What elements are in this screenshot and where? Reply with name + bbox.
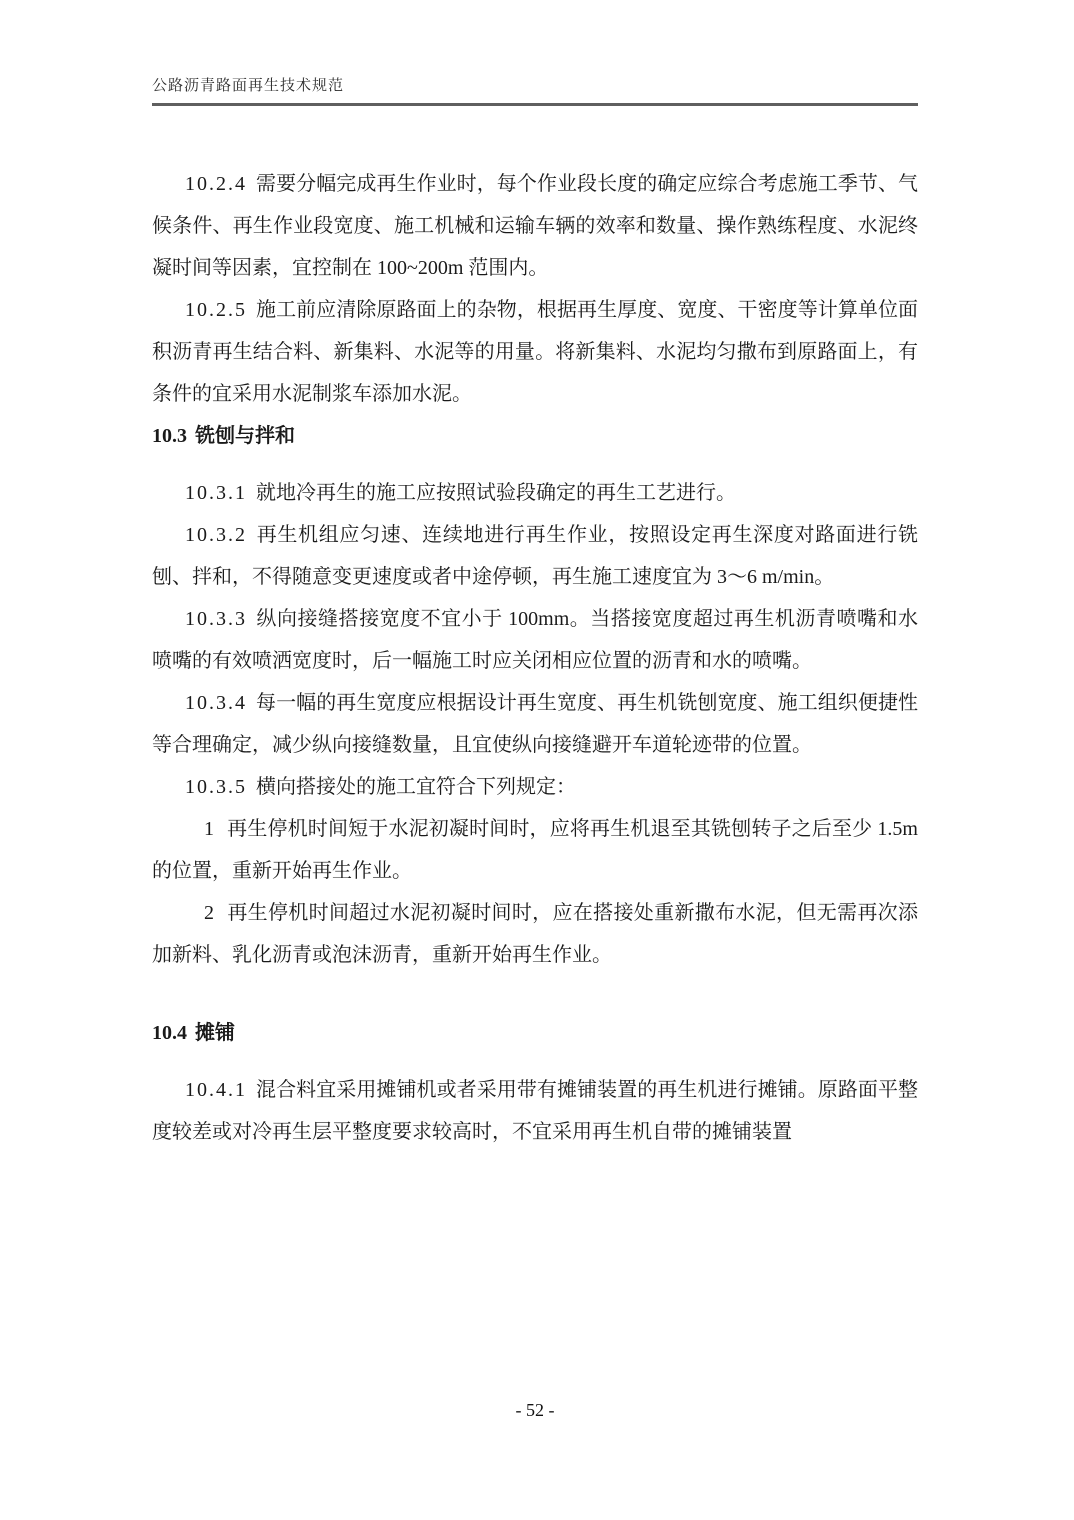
clause-number: 10.3.2	[185, 524, 247, 546]
running-head-title: 公路沥青路面再生技术规范	[152, 76, 918, 96]
clause-number: 10.3.3	[185, 608, 247, 630]
item-text: 再生停机时间短于水泥初凝时间时，应将再生机退至其铣刨转子之后至少 1.5m 的位…	[152, 818, 918, 882]
clause-10-3-1: 10.3.1就地冷再生的施工应按照试验段确定的再生工艺进行。	[152, 472, 918, 514]
clause-text: 纵向接缝搭接宽度不宜小于 100mm。当搭接宽度超过再生机沥青喷嘴和水喷嘴的有效…	[152, 608, 918, 672]
clause-10-2-5: 10.2.5施工前应清除原路面上的杂物，根据再生厚度、宽度、干密度等计算单位面积…	[152, 289, 918, 415]
clause-10-3-2: 10.3.2再生机组应匀速、连续地进行再生作业，按照设定再生深度对路面进行铣刨、…	[152, 514, 918, 598]
item-text: 再生停机时间超过水泥初凝时间时，应在搭接处重新撒布水泥，但无需再次添加新料、乳化…	[152, 902, 918, 966]
item-number: 2	[204, 902, 214, 924]
list-item-2: 2再生停机时间超过水泥初凝时间时，应在搭接处重新撒布水泥，但无需再次添加新料、乳…	[152, 892, 918, 976]
clause-10-3-4: 10.3.4每一幅的再生宽度应根据设计再生宽度、再生机铣刨宽度、施工组织便捷性等…	[152, 682, 918, 766]
section-title: 摊铺	[195, 1022, 235, 1044]
section-number: 10.4	[152, 1022, 187, 1044]
section-title: 铣刨与拌和	[195, 425, 295, 447]
clause-10-2-4: 10.2.4需要分幅完成再生作业时，每个作业段长度的确定应综合考虑施工季节、气候…	[152, 163, 918, 289]
clause-text: 再生机组应匀速、连续地进行再生作业，按照设定再生深度对路面进行铣刨、拌和，不得随…	[152, 524, 918, 588]
clause-number: 10.3.4	[185, 692, 247, 714]
list-item-1: 1再生停机时间短于水泥初凝时间时，应将再生机退至其铣刨转子之后至少 1.5m 的…	[152, 808, 918, 892]
clause-text: 就地冷再生的施工应按照试验段确定的再生工艺进行。	[256, 482, 736, 504]
clause-number: 10.2.4	[185, 173, 247, 195]
clause-text: 需要分幅完成再生作业时，每个作业段长度的确定应综合考虑施工季节、气候条件、再生作…	[152, 173, 918, 279]
page-number: - 52 -	[516, 1400, 555, 1420]
clause-text: 横向搭接处的施工宜符合下列规定：	[256, 776, 576, 798]
document-page: 公路沥青路面再生技术规范 10.2.4需要分幅完成再生作业时，每个作业段长度的确…	[0, 0, 1074, 1520]
clause-number: 10.3.5	[185, 776, 247, 798]
clause-text: 每一幅的再生宽度应根据设计再生宽度、再生机铣刨宽度、施工组织便捷性等合理确定，减…	[152, 692, 918, 756]
clause-text: 混合料宜采用摊铺机或者采用带有摊铺装置的再生机进行摊铺。原路面平整度较差或对冷再…	[152, 1079, 918, 1143]
page-footer: - 52 -	[152, 1398, 918, 1422]
item-number: 1	[204, 818, 214, 840]
clause-10-3-3: 10.3.3纵向接缝搭接宽度不宜小于 100mm。当搭接宽度超过再生机沥青喷嘴和…	[152, 598, 918, 682]
clause-text: 施工前应清除原路面上的杂物，根据再生厚度、宽度、干密度等计算单位面积沥青再生结合…	[152, 299, 918, 405]
page-header: 公路沥青路面再生技术规范	[152, 76, 918, 106]
clause-number: 10.4.1	[185, 1079, 247, 1101]
section-number: 10.3	[152, 425, 187, 447]
section-heading-10-3: 10.3铣刨与拌和	[152, 415, 918, 457]
clause-number: 10.2.5	[185, 299, 247, 321]
document-body: 10.2.4需要分幅完成再生作业时，每个作业段长度的确定应综合考虑施工季节、气候…	[152, 163, 918, 1153]
section-heading-10-4: 10.4摊铺	[152, 1012, 918, 1054]
clause-number: 10.3.1	[185, 482, 247, 504]
clause-10-3-5: 10.3.5横向搭接处的施工宜符合下列规定：	[152, 766, 918, 808]
clause-10-4-1: 10.4.1混合料宜采用摊铺机或者采用带有摊铺装置的再生机进行摊铺。原路面平整度…	[152, 1069, 918, 1153]
